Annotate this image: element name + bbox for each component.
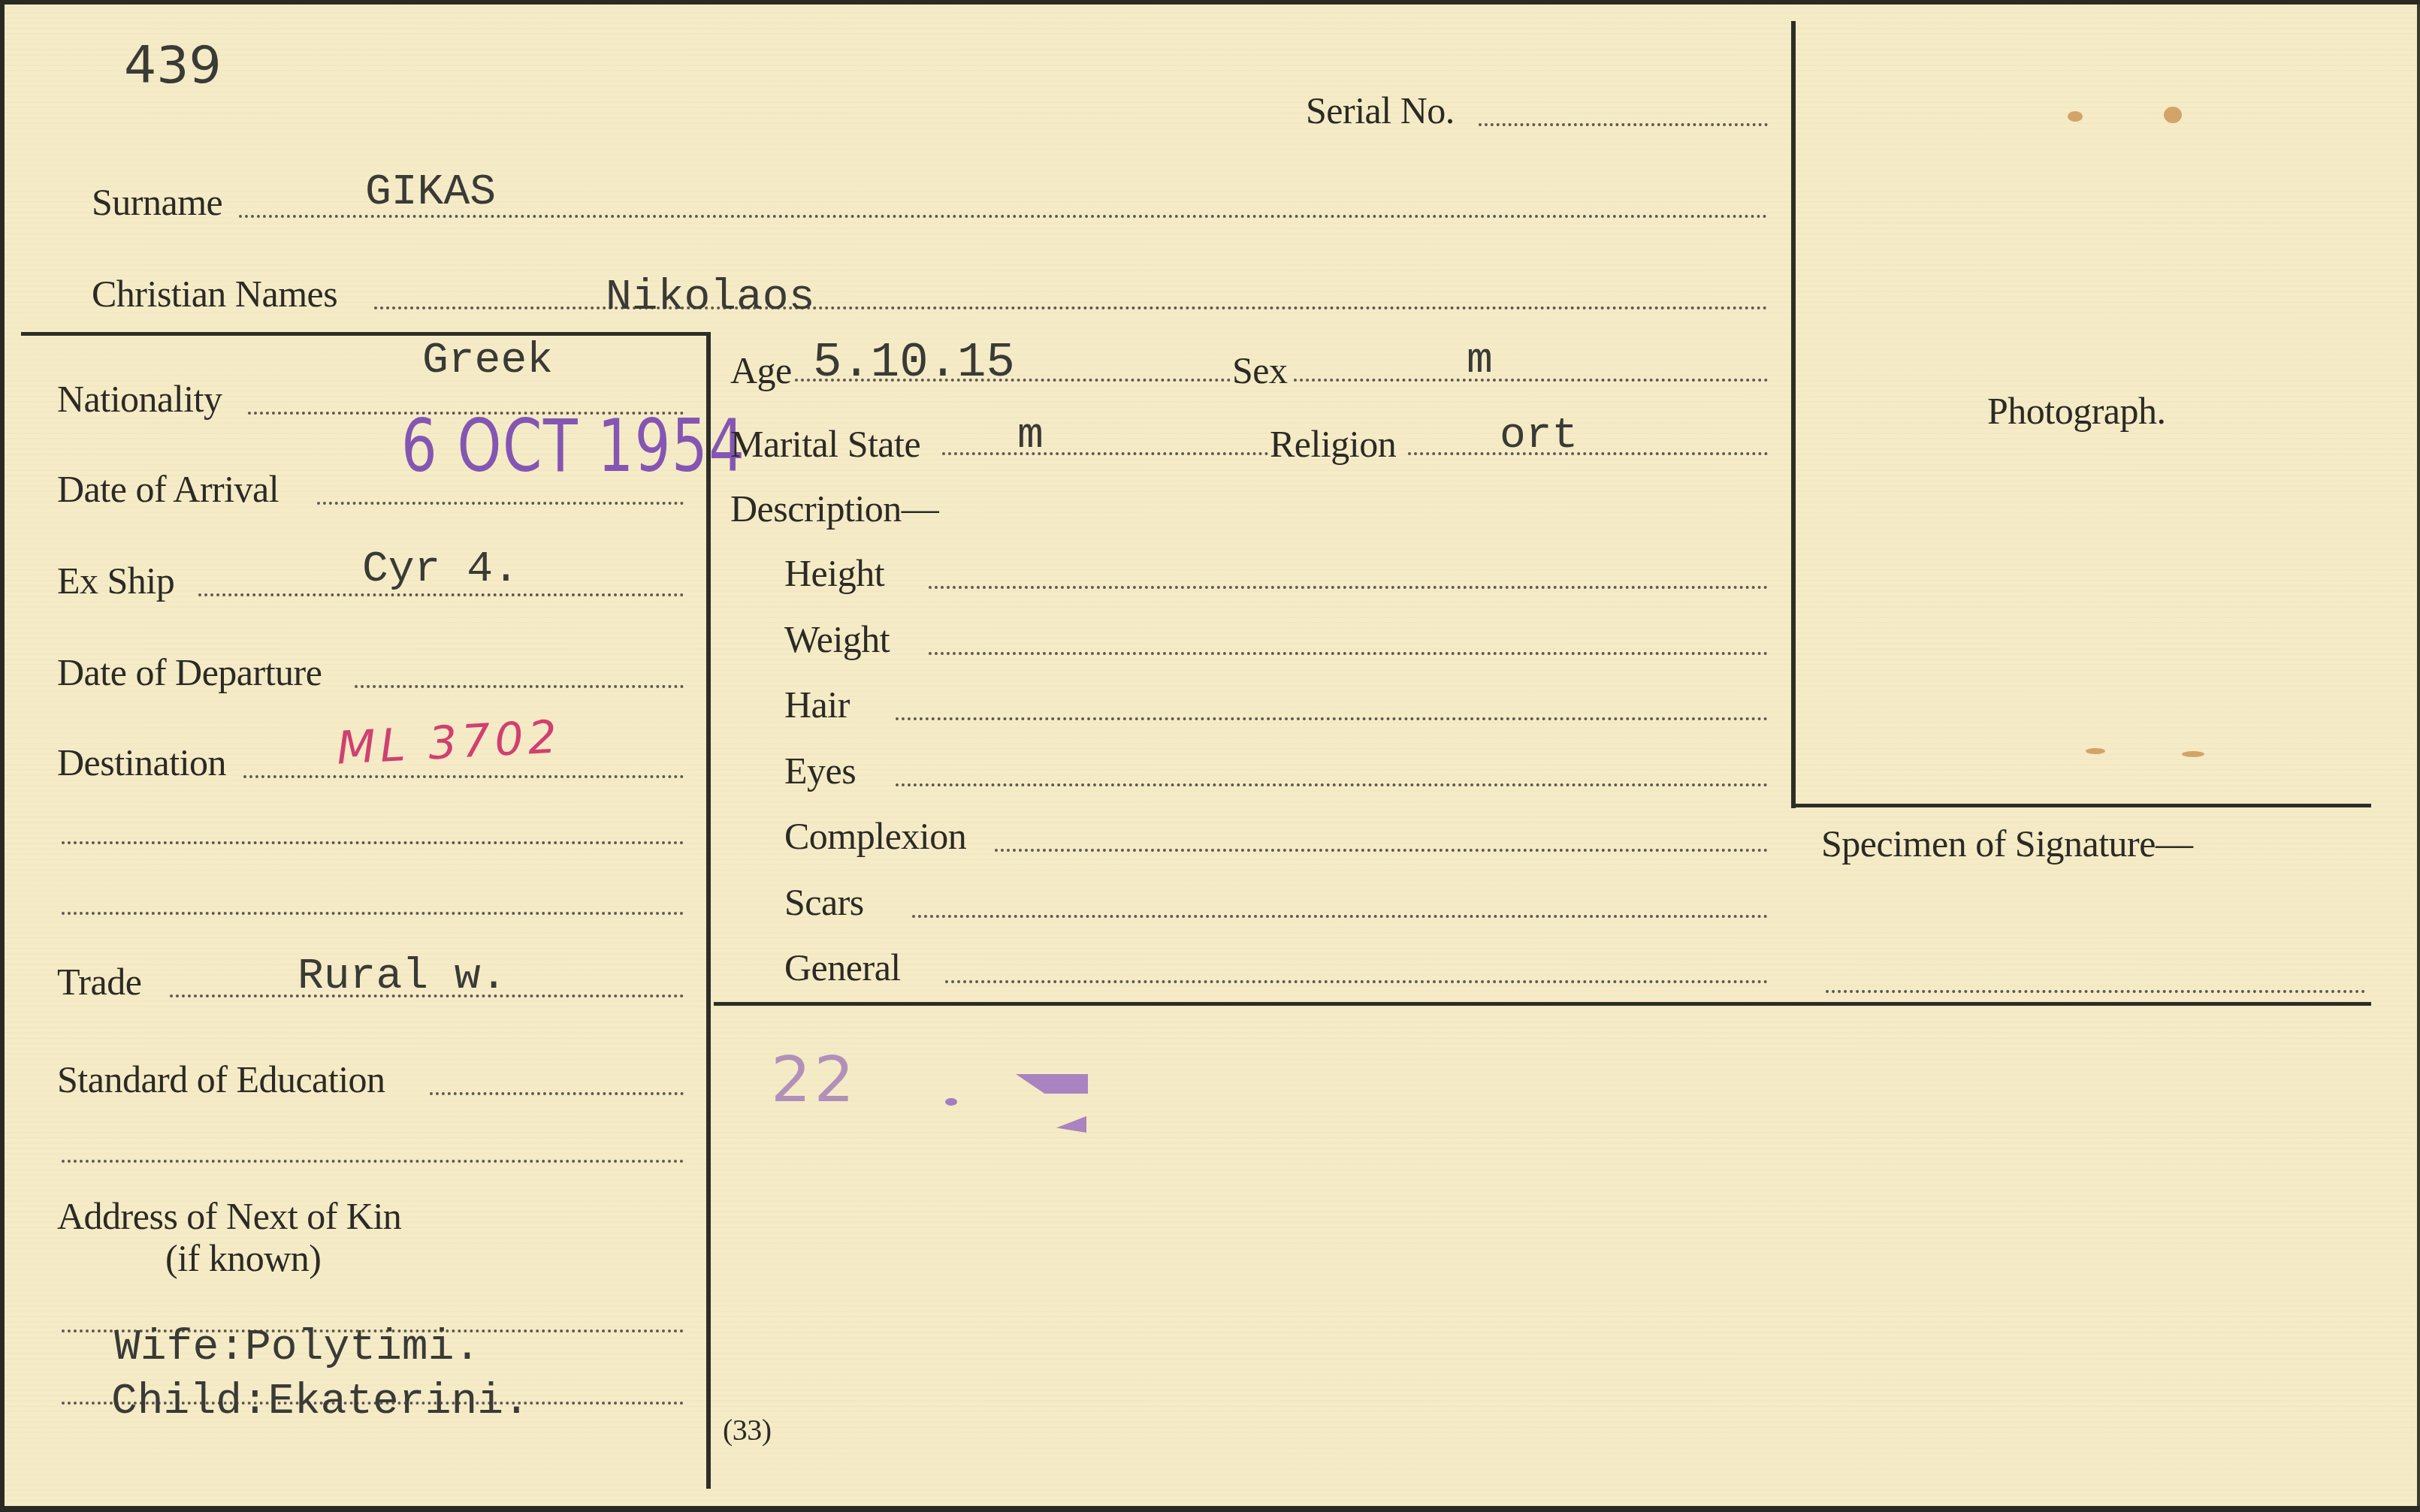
description-complexion-label: Complexion xyxy=(784,814,966,858)
description-weight-field[interactable] xyxy=(929,652,1768,655)
rust-spot xyxy=(2086,748,2105,754)
education-field[interactable] xyxy=(430,1092,684,1095)
destination-label: Destination xyxy=(57,741,226,784)
next-of-kin-label: Address of Next of Kin xyxy=(57,1194,401,1238)
destination-field[interactable] xyxy=(243,775,684,778)
description-label: Description— xyxy=(730,487,938,530)
description-scars-label: Scars xyxy=(784,880,864,924)
signature-label: Specimen of Signature— xyxy=(1821,822,2192,865)
christian-names-value: Nikolaos xyxy=(606,273,814,322)
surname-value: GIKAS xyxy=(365,168,496,217)
divider-photo-bottom xyxy=(1791,804,2371,807)
trade-label: Trade xyxy=(57,960,141,1003)
photograph-area[interactable] xyxy=(1797,24,2370,802)
divider-description-bottom xyxy=(714,1002,2371,1006)
stamp-number: 22 xyxy=(771,1043,857,1116)
stamp-fragment xyxy=(945,1098,957,1106)
blank-line-2[interactable] xyxy=(62,912,684,915)
description-eyes-field[interactable] xyxy=(896,783,1768,786)
blank-line-1[interactable] xyxy=(62,841,684,844)
christian-names-label: Christian Names xyxy=(92,272,337,315)
religion-label: Religion xyxy=(1270,422,1396,466)
serial-no-field[interactable] xyxy=(1479,123,1768,126)
next-of-kin-sublabel: (if known) xyxy=(165,1236,321,1280)
description-eyes-label: Eyes xyxy=(784,749,856,792)
description-general-label: General xyxy=(784,946,901,989)
serial-no-label: Serial No. xyxy=(1306,89,1455,132)
sex-value: m xyxy=(1467,337,1493,385)
rust-spot xyxy=(2164,107,2182,123)
next-of-kin-value-1: Wife:Polytimi. xyxy=(114,1323,480,1372)
card-number: 439 xyxy=(124,36,222,95)
sex-field[interactable] xyxy=(1294,379,1768,382)
trade-value: Rural w. xyxy=(298,952,506,1001)
surname-label: Surname xyxy=(92,180,222,224)
destination-handwritten: ML 3702 xyxy=(335,711,562,775)
divider-left-column xyxy=(706,332,711,1489)
arrival-date-stamp: 6 OCT 1954 xyxy=(401,404,745,488)
nationality-value: Greek xyxy=(422,337,553,385)
record-card: 439 Serial No. Surname GIKAS Christian N… xyxy=(0,0,2420,1512)
marital-state-label: Marital State xyxy=(730,422,920,466)
blank-line-3[interactable] xyxy=(62,1160,684,1163)
description-complexion-field[interactable] xyxy=(995,849,1768,852)
ex-ship-value: Cyr 4. xyxy=(362,545,519,594)
marital-state-value: m xyxy=(1017,412,1044,460)
rust-spot xyxy=(2182,751,2204,757)
ex-ship-label: Ex Ship xyxy=(57,559,174,602)
form-code: (33) xyxy=(723,1412,772,1447)
sex-label: Sex xyxy=(1232,349,1288,392)
stamp-fragment xyxy=(1016,1074,1088,1094)
description-weight-label: Weight xyxy=(784,617,890,661)
religion-field[interactable] xyxy=(1408,452,1768,455)
divider-photo-left xyxy=(1791,21,1796,808)
rust-spot xyxy=(2068,111,2083,122)
education-label: Standard of Education xyxy=(57,1058,385,1101)
date-of-arrival-field[interactable] xyxy=(317,502,684,505)
description-general-field[interactable] xyxy=(945,980,1768,983)
description-height-field[interactable] xyxy=(929,586,1768,589)
signature-field[interactable] xyxy=(1826,990,2365,993)
date-of-departure-field[interactable] xyxy=(355,685,684,688)
description-height-label: Height xyxy=(784,551,884,595)
description-scars-field[interactable] xyxy=(912,915,1768,918)
stamp-fragment xyxy=(1056,1116,1086,1133)
divider-left-top xyxy=(21,332,711,336)
religion-value: ort xyxy=(1500,412,1578,460)
nationality-label: Nationality xyxy=(57,377,222,421)
age-label: Age xyxy=(730,349,792,392)
christian-names-field[interactable] xyxy=(374,306,1768,309)
date-of-arrival-label: Date of Arrival xyxy=(57,467,279,511)
description-hair-label: Hair xyxy=(784,683,850,726)
age-value: 5.10.15 xyxy=(813,337,1015,391)
marital-state-field[interactable] xyxy=(942,452,1268,455)
date-of-departure-label: Date of Departure xyxy=(57,650,322,694)
description-hair-field[interactable] xyxy=(896,717,1768,720)
next-of-kin-value-2: Child:Ekaterini. xyxy=(111,1378,530,1426)
